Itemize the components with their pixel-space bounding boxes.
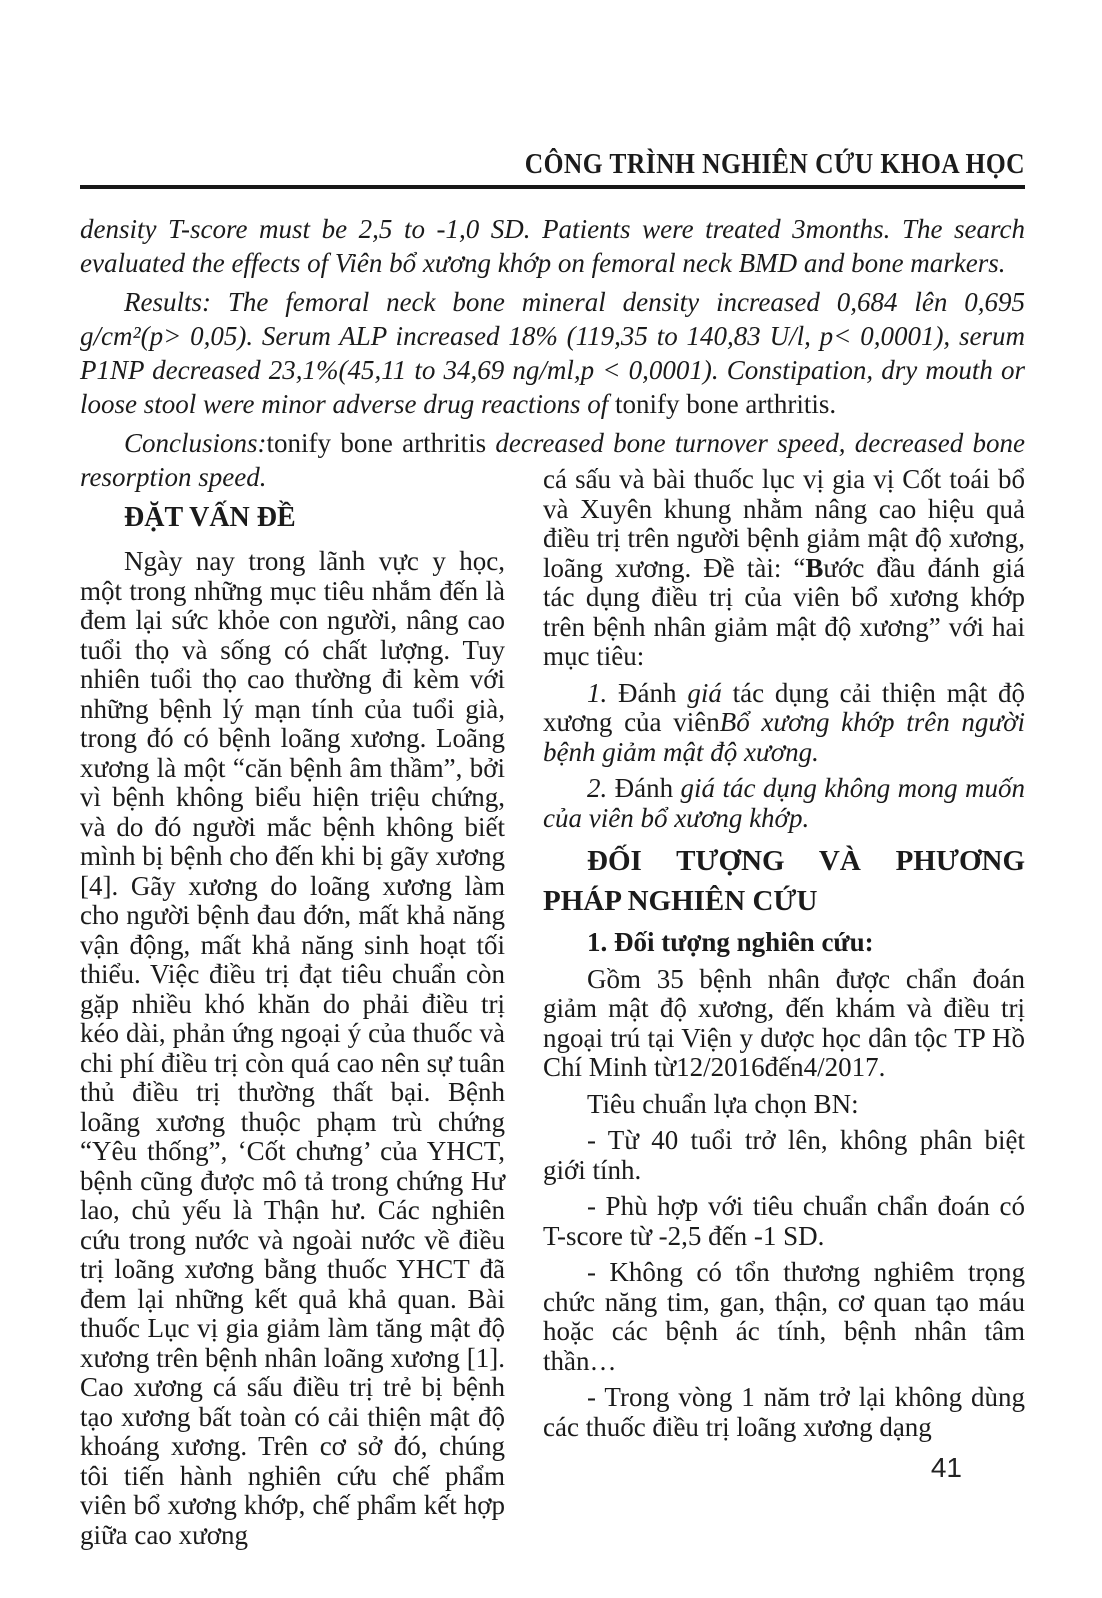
section-heading-line-2: PHÁP NGHIÊN CỨU <box>543 881 1025 921</box>
right-column-continuation-paragraph: cá sấu và bài thuốc lục vị gia vị Cốt to… <box>543 465 1025 672</box>
abstract-paragraph-continuation: density T-score must be 2,5 to -1,0 SD. … <box>80 212 1025 280</box>
criterion-item-age: - Từ 40 tuổi trở lên, không phân biệt gi… <box>543 1126 1025 1185</box>
selection-criteria-label: Tiêu chuẩn lựa chọn BN: <box>543 1090 1025 1120</box>
criterion-item-tscore: - Phù hợp với tiêu chuẩn chẩn đoán có T-… <box>543 1192 1025 1251</box>
section-heading-doi-tuong: ĐỐI TƯỢNG VÀ PHƯƠNG PHÁP NGHIÊN CỨU <box>543 841 1025 921</box>
section-heading-dat-van-de: ĐẶT VẤN ĐỀ <box>80 501 505 535</box>
criterion-item-organ-function: - Không có tổn thương nghiêm trọng chức … <box>543 1258 1025 1376</box>
subsection-heading-doi-tuong-nghien-cuu: 1. Đối tượng nghiên cứu: <box>543 928 1025 958</box>
section-heading-line-1: ĐỐI TƯỢNG VÀ PHƯƠNG <box>543 841 1025 881</box>
abstract-paragraph-results: Results: The femoral neck bone mineral d… <box>80 285 1025 421</box>
right-column: cá sấu và bài thuốc lục vị gia vị Cốt to… <box>543 465 1025 1550</box>
abstract-section: density T-score must be 2,5 to -1,0 SD. … <box>80 212 1025 494</box>
patients-paragraph: Gồm 35 bệnh nhân được chẩn đoán giảm mật… <box>543 965 1025 1083</box>
journal-header-title: CÔNG TRÌNH NGHIÊN CỨU KHOA HỌC <box>193 146 1025 182</box>
document-page: CÔNG TRÌNH NGHIÊN CỨU KHOA HỌC density T… <box>0 0 1102 1598</box>
left-column-paragraph: Ngày nay trong lãnh vực y học, một trong… <box>80 547 505 1550</box>
objective-item-2: 2. Đánh giá tác dụng không mong muốn của… <box>543 774 1025 833</box>
left-column: ĐẶT VẤN ĐỀ Ngày nay trong lãnh vực y học… <box>80 499 505 1550</box>
criterion-item-no-prior-drugs: - Trong vòng 1 năm trở lại không dùng cá… <box>543 1383 1025 1442</box>
page-number: 41 <box>931 1452 962 1484</box>
page-content: CÔNG TRÌNH NGHIÊN CỨU KHOA HỌC density T… <box>80 146 1025 1550</box>
objective-item-1: 1. Đánh giá tác dụng cải thiện mật độ xư… <box>543 679 1025 768</box>
header-rule <box>80 185 1025 189</box>
two-column-body: ĐẶT VẤN ĐỀ Ngày nay trong lãnh vực y học… <box>80 499 1025 1550</box>
